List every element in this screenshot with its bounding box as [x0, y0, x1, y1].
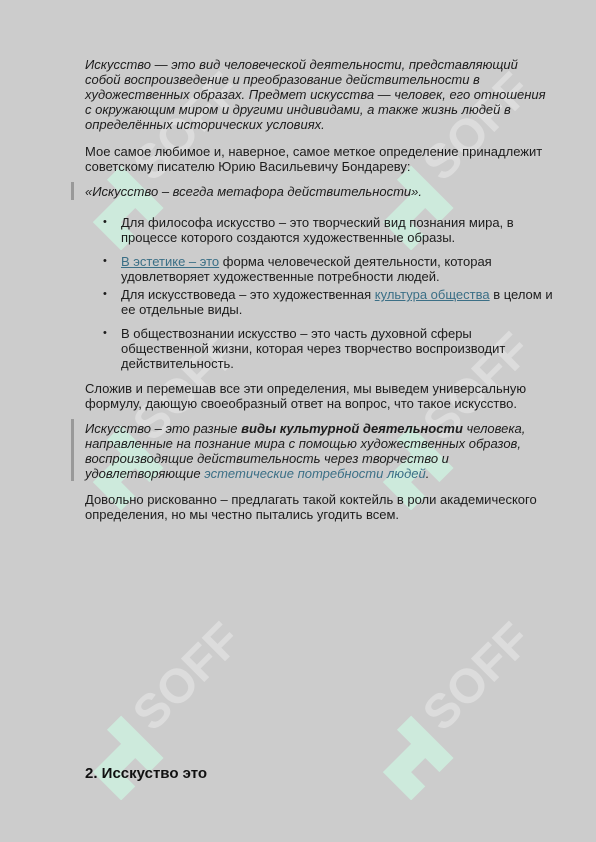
author-paragraph: Мое самое любимое и, наверное, самое мет… [85, 144, 555, 174]
quote-text: «Искусство – всегда метафора действитель… [85, 184, 422, 199]
svg-text:SOFF: SOFF [413, 613, 535, 741]
closing-paragraph: Довольно рискованно – предлагать такой к… [85, 492, 555, 522]
intro-definition: Искусство — это вид человеческой деятель… [85, 57, 555, 132]
list-item: • Для философа искусство – это творчески… [121, 215, 555, 245]
society-culture-link[interactable]: культура общества [375, 287, 490, 302]
section-heading: 2. Исскуство это [85, 765, 207, 782]
bullet-icon: • [103, 287, 107, 302]
soff-watermark-logo: SOFF [365, 610, 535, 800]
bullet-icon: • [103, 326, 107, 341]
formula-paragraph: Сложив и перемешав все эти определения, … [85, 381, 555, 411]
summary-blockquote: Искусство – это разные виды культурной д… [85, 421, 555, 481]
bullet-icon: • [103, 215, 107, 230]
blockquote-bondarev: «Искусство – всегда метафора действитель… [85, 184, 555, 199]
svg-text:SOFF: SOFF [123, 613, 245, 741]
aesthetic-needs-link[interactable]: эстетические потребности людей [204, 466, 426, 481]
document-body: Искусство — это вид человеческой деятель… [85, 57, 555, 532]
list-item: • Для искусствоведа – это художественная… [121, 287, 555, 317]
bullet-icon: • [103, 254, 107, 269]
list-item: • В эстетике – это форма человеческой де… [121, 254, 555, 284]
summary-bold: виды культурной деятельности [241, 421, 463, 436]
aesthetics-link[interactable]: В эстетике – это [121, 254, 219, 269]
quote-bar [71, 419, 74, 481]
quote-bar [71, 182, 74, 200]
definitions-list: • Для философа искусство – это творчески… [85, 215, 555, 371]
list-item: • В обществознании искусство – это часть… [121, 326, 555, 371]
